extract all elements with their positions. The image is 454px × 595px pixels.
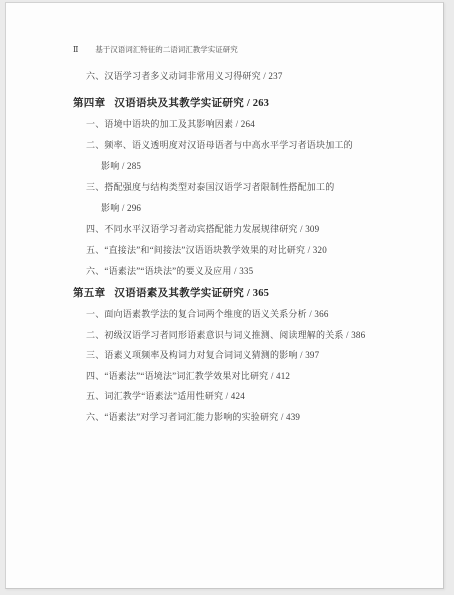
chapter-heading: 第四章汉语语块及其教学实证研究 / 263 xyxy=(73,93,425,114)
entry-text: 二、初级汉语学习者同形语素意识与词义推测、阅读理解的关系 xyxy=(86,330,344,340)
entry-text: 四、“语素法”“语境法”词汇教学效果对比研究 xyxy=(86,371,268,381)
toc-entry: 四、不同水平汉语学习者动宾搭配能力发展规律研究 / 309 xyxy=(73,219,425,240)
scanned-page-view: Ⅱ 基于汉语词汇特征的二语词汇教学实证研究 六、汉语学习者多义动词非常用义习得研… xyxy=(0,0,454,595)
entry-page: / 335 xyxy=(232,266,254,276)
entry-page: / 386 xyxy=(344,330,366,340)
entry-page: / 412 xyxy=(268,371,290,381)
chapter-block: 第五章汉语语素及其教学实证研究 / 365一、面向语素教学法的复合词两个维度的语… xyxy=(73,283,425,427)
chapter-title: 汉语语素及其教学实证研究 xyxy=(114,288,244,299)
running-title: 基于汉语词汇特征的二语词汇教学实证研究 xyxy=(95,45,238,54)
entry-text: 六、“语素法”“语块法”的要义及应用 xyxy=(86,266,232,276)
entry-page: / 439 xyxy=(278,412,300,422)
entry-text: 三、搭配强度与结构类型对泰国汉语学习者限制性搭配加工的 xyxy=(86,182,334,192)
entry-text: 影响 xyxy=(101,203,119,213)
toc-entry: 五、词汇教学“语素法”适用性研究 / 424 xyxy=(73,386,425,407)
entry-page: / 366 xyxy=(307,309,329,319)
chapter-title: 汉语语块及其教学实证研究 xyxy=(114,98,244,109)
entry-text: 一、语境中语块的加工及其影响因素 xyxy=(86,119,233,129)
entry-text: 六、汉语学习者多义动词非常用义习得研究 xyxy=(86,71,261,81)
paper: Ⅱ 基于汉语词汇特征的二语词汇教学实证研究 六、汉语学习者多义动词非常用义习得研… xyxy=(5,2,444,589)
entry-text: 三、语素义项频率及构词力对复合词词义猜测的影响 xyxy=(86,350,298,360)
entry-page: / 285 xyxy=(119,161,141,171)
toc-entry: 一、面向语素教学法的复合词两个维度的语义关系分析 / 366 xyxy=(73,304,425,325)
chapter-page: / 263 xyxy=(244,98,269,109)
chapter-block: 第四章汉语语块及其教学实证研究 / 263一、语境中语块的加工及其影响因素 / … xyxy=(73,93,425,282)
toc-entry: 六、“语素法”“语块法”的要义及应用 / 335 xyxy=(73,261,425,282)
entry-text: 二、频率、语义透明度对汉语母语者与中高水平学习者语块加工的 xyxy=(86,140,353,150)
chapter-page: / 365 xyxy=(244,288,269,299)
toc-entry: 三、语素义项频率及构词力对复合词词义猜测的影响 / 397 xyxy=(73,345,425,366)
entry-text: 影响 xyxy=(101,161,119,171)
toc-entry-continuation: 影响 / 296 xyxy=(73,198,425,219)
toc-entry: 六、“语素法”对学习者词汇能力影响的实验研究 / 439 xyxy=(73,407,425,428)
entry-page: / 320 xyxy=(305,245,327,255)
toc-entry: 五、“直接法”和“间接法”汉语语块教学效果的对比研究 / 320 xyxy=(73,240,425,261)
toc: 六、汉语学习者多义动词非常用义习得研究 / 237第四章汉语语块及其教学实证研究… xyxy=(73,66,425,427)
toc-entry: 三、搭配强度与结构类型对泰国汉语学习者限制性搭配加工的 xyxy=(73,177,425,198)
front-items-block: 六、汉语学习者多义动词非常用义习得研究 / 237 xyxy=(73,66,425,87)
toc-entry-continuation: 影响 / 285 xyxy=(73,156,425,177)
toc-entry: 一、语境中语块的加工及其影响因素 / 264 xyxy=(73,114,425,135)
toc-entry: 六、汉语学习者多义动词非常用义习得研究 / 237 xyxy=(73,66,425,87)
chapter-number: 第四章 xyxy=(73,93,105,114)
entry-page: / 264 xyxy=(233,119,255,129)
entry-page: / 309 xyxy=(298,224,320,234)
toc-entry: 二、初级汉语学习者同形语素意识与词义推测、阅读理解的关系 / 386 xyxy=(73,325,425,346)
entry-text: 五、“直接法”和“间接法”汉语语块教学效果的对比研究 xyxy=(86,245,305,255)
running-header: Ⅱ 基于汉语词汇特征的二语词汇教学实证研究 xyxy=(73,44,443,56)
toc-entry: 二、频率、语义透明度对汉语母语者与中高水平学习者语块加工的 xyxy=(73,135,425,156)
folio-number: Ⅱ xyxy=(73,44,78,56)
entry-page: / 296 xyxy=(119,203,141,213)
chapter-heading: 第五章汉语语素及其教学实证研究 / 365 xyxy=(73,283,425,304)
entry-text: 四、不同水平汉语学习者动宾搭配能力发展规律研究 xyxy=(86,224,298,234)
toc-entry: 四、“语素法”“语境法”词汇教学效果对比研究 / 412 xyxy=(73,366,425,387)
entry-page: / 424 xyxy=(223,391,245,401)
entry-page: / 237 xyxy=(261,71,283,81)
entry-text: 五、词汇教学“语素法”适用性研究 xyxy=(86,391,223,401)
entry-text: 一、面向语素教学法的复合词两个维度的语义关系分析 xyxy=(86,309,307,319)
entry-page: / 397 xyxy=(298,350,320,360)
entry-text: 六、“语素法”对学习者词汇能力影响的实验研究 xyxy=(86,412,278,422)
chapter-number: 第五章 xyxy=(73,283,105,304)
